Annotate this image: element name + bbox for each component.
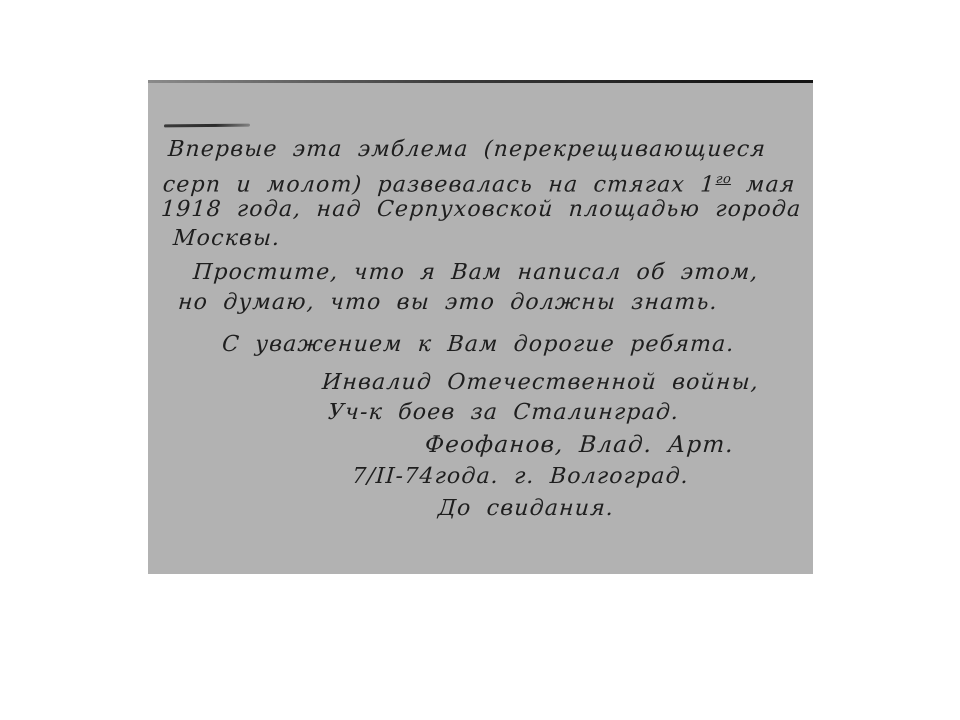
signature-line-veteran: Инвалид Отечественной войны, <box>321 369 760 397</box>
letter-line-p2l2: но думаю, что вы это должны знать. <box>177 289 719 317</box>
pen-stroke-mark <box>164 124 250 128</box>
letter-line-p1l1: Впервые эта эмблема (перекрещивающиеся <box>167 136 767 164</box>
letter-line-p1l2-text-a: серп и молот) развевалась на стягах 1 <box>162 172 716 197</box>
letter-line-p1l2-text-b: мая <box>730 172 796 197</box>
letter-line-p1l3: 1918 года, над Серпуховской площадью гор… <box>160 196 802 224</box>
farewell-line: До свидания. <box>437 495 615 523</box>
letter-line-p1l2: серп и молот) развевалась на стягах 1го … <box>162 166 797 199</box>
letter-line-p1l4: Москвы. <box>172 225 281 253</box>
signature-line-battle: Уч-к боев за Сталинград. <box>327 399 680 427</box>
scanned-letter-paper: Впервые эта эмблема (перекрещивающиеся с… <box>148 80 813 574</box>
ordinal-superscript: го <box>715 172 731 187</box>
letter-closing-line: С уважением к Вам дорогие ребята. <box>221 331 736 359</box>
signature-date-place: 7/II-74года. г. Волгоград. <box>351 463 690 491</box>
page-background: Впервые эта эмблема (перекрещивающиеся с… <box>0 0 960 720</box>
letter-line-p2l1: Простите, что я Вам написал об этом, <box>192 259 759 287</box>
signature-name: Феофанов, Влад. Арт. <box>424 431 735 459</box>
scan-top-edge-line <box>148 80 813 83</box>
